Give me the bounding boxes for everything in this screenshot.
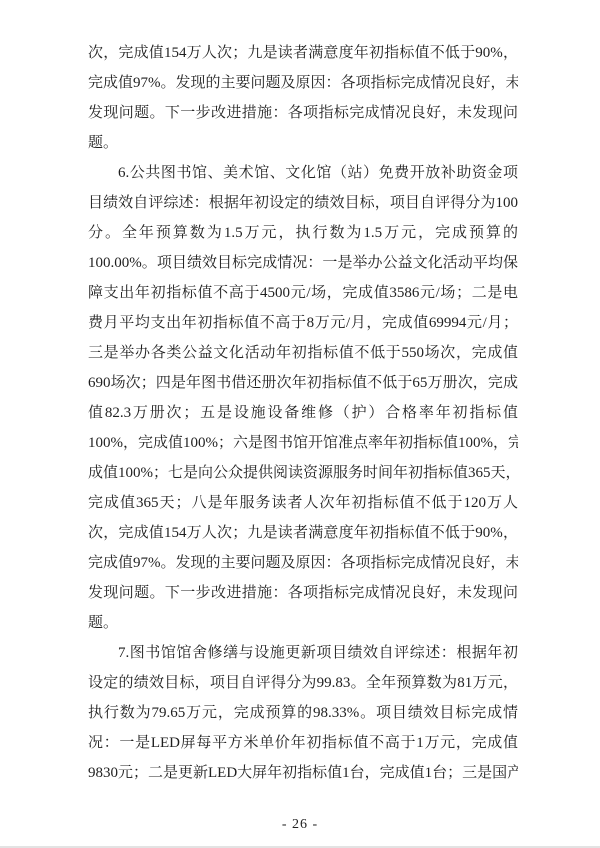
text-line: 目绩效自评综述：根据年初设定的绩效目标，项目自评得分为100 <box>88 188 518 218</box>
page-number: - 26 - <box>0 817 600 833</box>
text-line: 690场次；四是年图书借还册次年初指标值不低于65万册次，完成 <box>88 368 518 398</box>
text-line: 100.00%。项目绩效目标完成情况：一是举办公益文化活动平均保 <box>88 248 518 278</box>
text-line: 障支出年初指标值不高于4500元/场，完成值3586元/场；二是电 <box>88 278 518 308</box>
text-line: 7.图书馆馆舍修缮与设施更新项目绩效自评综述：根据年初 <box>88 638 518 668</box>
text-line: 发现问题。下一步改进措施：各项指标完成情况良好，未发现问 <box>88 578 518 608</box>
text-line: 次，完成值154万人次；九是读者满意度年初指标值不低于90%， <box>88 518 518 548</box>
document-body: 次，完成值154万人次；九是读者满意度年初指标值不低于90%， 完成值97%。发… <box>88 38 518 788</box>
text-line: 费月平均支出年初指标值不高于8万元/月，完成值69994元/月； <box>88 308 518 338</box>
paragraph-item-7: 7.图书馆馆舍修缮与设施更新项目绩效自评综述：根据年初 设定的绩效目标，项目自评… <box>88 638 518 788</box>
text-line: 设定的绩效目标，项目自评得分为99.83。全年预算数为81万元， <box>88 668 518 698</box>
text-line: 6.公共图书馆、美术馆、文化馆（站）免费开放补助资金项 <box>88 158 518 188</box>
text-line: 发现问题。下一步改进措施：各项指标完成情况良好，未发现问 <box>88 98 518 128</box>
document-page: 次，完成值154万人次；九是读者满意度年初指标值不低于90%， 完成值97%。发… <box>0 0 600 848</box>
text-line: 100%，完成值100%；六是图书馆开馆准点率年初指标值100%，完 <box>88 428 518 458</box>
text-line: 次，完成值154万人次；九是读者满意度年初指标值不低于90%， <box>88 38 518 68</box>
text-line: 题。 <box>88 128 518 158</box>
text-line: 三是举办各类公益文化活动年初指标值不低于550场次，完成值 <box>88 338 518 368</box>
text-line: 分。全年预算数为1.5万元，执行数为1.5万元，完成预算的 <box>88 218 518 248</box>
text-line: 完成值365天；八是年服务读者人次年初指标值不低于120万人 <box>88 488 518 518</box>
text-line: 题。 <box>88 608 518 638</box>
paragraph-continuation: 次，完成值154万人次；九是读者满意度年初指标值不低于90%， 完成值97%。发… <box>88 38 518 158</box>
text-line: 况：一是LED屏每平方米单价年初指标值不高于1万元，完成值 <box>88 728 518 758</box>
text-line: 执行数为79.65万元，完成预算的98.33%。项目绩效目标完成情 <box>88 698 518 728</box>
text-line: 完成值97%。发现的主要问题及原因：各项指标完成情况良好，未 <box>88 548 518 578</box>
text-line: 9830元；二是更新LED大屏年初指标值1台，完成值1台；三是国产 <box>88 758 518 788</box>
text-line: 值82.3万册次；五是设施设备维修（护）合格率年初指标值 <box>88 398 518 428</box>
paragraph-item-6: 6.公共图书馆、美术馆、文化馆（站）免费开放补助资金项 目绩效自评综述：根据年初… <box>88 158 518 638</box>
text-line: 成值100%；七是向公众提供阅读资源服务时间年初指标值365天， <box>88 458 518 488</box>
text-line: 完成值97%。发现的主要问题及原因：各项指标完成情况良好，未 <box>88 68 518 98</box>
